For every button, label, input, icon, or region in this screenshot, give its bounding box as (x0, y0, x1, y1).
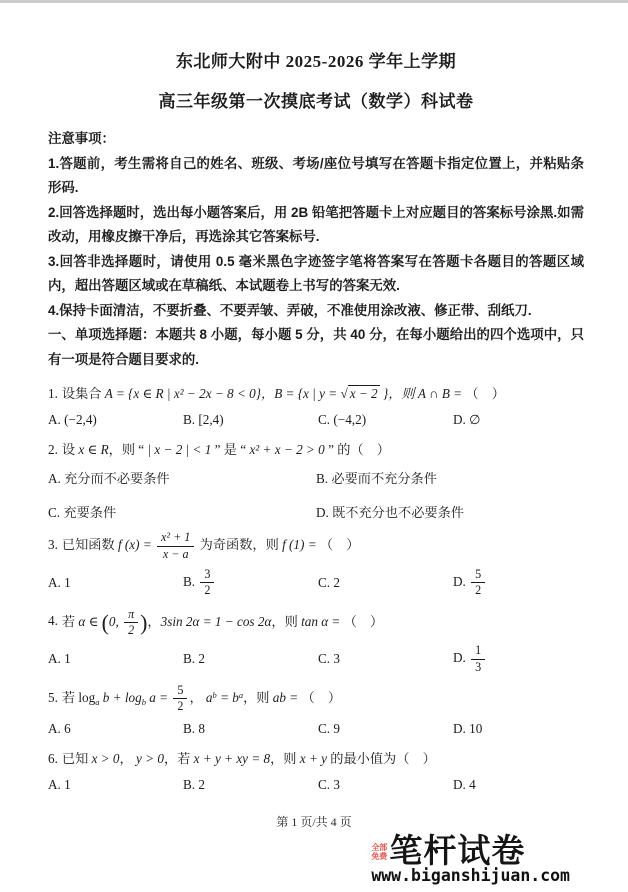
option-5b: B. 8 (183, 721, 318, 737)
question-number: 2. (48, 442, 58, 457)
option-6d: D. 4 (453, 777, 584, 793)
option-2d: D. 既不充分也不必要条件 (316, 502, 584, 521)
answer-blank: （ ） (344, 613, 384, 628)
question-number: 1. (48, 386, 58, 401)
question-5-stem: 5.若 loga b + logb a = 52， ab = ba，则 ab =… (48, 684, 584, 714)
fraction: 13 (471, 644, 485, 674)
note-item-3: 3.回答非选择题时，请使用 0.5 毫米黑色字迹签字笔将答案写在答题卡各题目的答… (48, 250, 584, 299)
watermark-free-tag: 全部免费 (371, 844, 389, 862)
option-1a: A. (−2,4) (48, 412, 183, 428)
watermark-brand: 笔杆试卷 (389, 834, 525, 867)
answer-blank: （ ） (465, 386, 505, 401)
question-number: 3. (48, 537, 58, 552)
option-6a: A. 1 (48, 777, 183, 793)
note-item-1: 1.答题前，考生需将自己的姓名、班级、考场/座位号填写在答题卡指定位置上，并粘贴… (48, 152, 584, 201)
question-6: 6.已知 x > 0， y > 0，若 x + y + xy = 8，则 x +… (48, 747, 584, 793)
question-4-stem: 4.若 α ∈ (0, π2)，3sin 2α = 1 − cos 2α，则 t… (48, 608, 584, 638)
option-4d: D. 13 (453, 644, 584, 674)
question-number: 5. (48, 690, 58, 705)
exam-title-line2: 高三年级第一次摸底考试（数学）科试卷 (48, 87, 584, 112)
question-1: 1.设集合 A = {x ∈ R | x² − 2x − 8 < 0}，B = … (48, 382, 584, 428)
note-item-2: 2.回答选择题时，选出每小题答案后，用 2B 铅笔把答题卡上对应题目的答案标号涂… (48, 201, 584, 250)
option-4c: C. 3 (318, 651, 453, 667)
watermark: 全部免费 笔杆试卷 www.biganshijuan.com (371, 834, 570, 884)
exam-paper-page: 东北师大附中 2025-2026 学年上学期 高三年级第一次摸底考试（数学）科试… (0, 0, 628, 892)
option-5a: A. 6 (48, 721, 183, 737)
watermark-url: www.biganshijuan.com (371, 867, 570, 884)
option-4b: B. 2 (183, 651, 318, 667)
answer-blank: ” 的（ ） (325, 442, 390, 457)
fraction: π2 (124, 608, 138, 638)
question-4-options: A. 1 B. 2 C. 3 D. 13 (48, 644, 584, 674)
option-1b: B. [2,4) (183, 412, 318, 428)
question-3-stem: 3.已知函数 f (x) = x² + 1x − a 为奇函数，则 f (1) … (48, 531, 584, 561)
radicand: x − 2 (348, 385, 380, 401)
section-1-heading: 一、单项选择题：本题共 8 小题，每小题 5 分，共 40 分，在每小题给出的四… (48, 323, 584, 372)
option-2a: A. 充分而不必要条件 (48, 468, 316, 487)
option-2b: B. 必要而不充分条件 (316, 468, 584, 487)
option-3b: B. 32 (183, 568, 318, 598)
sqrt-radical-icon: √ (340, 386, 347, 401)
question-4: 4.若 α ∈ (0, π2)，3sin 2α = 1 − cos 2α，则 t… (48, 608, 584, 674)
question-5-options: A. 6 B. 8 C. 9 D. 10 (48, 721, 584, 737)
page-number-indicator: 第 1 页/共 4 页 (0, 813, 628, 830)
fraction: 52 (173, 684, 187, 714)
question-1-stem: 1.设集合 A = {x ∈ R | x² − 2x − 8 < 0}，B = … (48, 382, 584, 405)
question-1-options: A. (−2,4) B. [2,4) C. (−4,2) D. ∅ (48, 412, 584, 428)
option-1c: C. (−4,2) (318, 412, 453, 428)
open-paren: ( (102, 610, 109, 634)
question-2-stem: 2.设 x ∈ R，则 “ | x − 2 | < 1 ” 是 “ x² + x… (48, 438, 584, 461)
question-number: 6. (48, 751, 58, 766)
option-5c: C. 9 (318, 721, 453, 737)
question-2: 2.设 x ∈ R，则 “ | x − 2 | < 1 ” 是 “ x² + x… (48, 438, 584, 521)
answer-blank: 的最小值为（ ） (327, 751, 436, 766)
question-5: 5.若 loga b + logb a = 52， ab = ba，则 ab =… (48, 684, 584, 737)
fraction: x² + 1x − a (157, 531, 194, 561)
fraction: 32 (200, 568, 214, 598)
option-4a: A. 1 (48, 651, 183, 667)
question-6-options: A. 1 B. 2 C. 3 D. 4 (48, 777, 584, 793)
question-2-options: A. 充分而不必要条件 B. 必要而不充分条件 C. 充要条件 D. 既不充分也… (48, 468, 584, 521)
note-item-4: 4.保持卡面清洁，不要折叠、不要弄皱、弄破，不准使用涂改液、修正带、刮纸刀. (48, 299, 584, 324)
option-3a: A. 1 (48, 575, 183, 591)
exam-title-line1: 东北师大附中 2025-2026 学年上学期 (48, 47, 584, 72)
option-3d: D. 52 (453, 568, 584, 598)
question-3-options: A. 1 B. 32 C. 2 D. 52 (48, 568, 584, 598)
option-6b: B. 2 (183, 777, 318, 793)
answer-blank: （ ） (301, 690, 341, 705)
question-3: 3.已知函数 f (x) = x² + 1x − a 为奇函数，则 f (1) … (48, 531, 584, 597)
question-number: 4. (48, 613, 58, 628)
option-5d: D. 10 (453, 721, 584, 737)
answer-blank: （ ） (320, 537, 360, 552)
option-1d: D. ∅ (453, 412, 584, 428)
notes-heading: 注意事项： (48, 127, 584, 152)
option-6c: C. 3 (318, 777, 453, 793)
option-3c: C. 2 (318, 575, 453, 591)
option-2c: C. 充要条件 (48, 502, 316, 521)
page-content: 东北师大附中 2025-2026 学年上学期 高三年级第一次摸底考试（数学）科试… (0, 3, 628, 793)
notes-block: 注意事项： 1.答题前，考生需将自己的姓名、班级、考场/座位号填写在答题卡指定位… (48, 127, 584, 372)
fraction: 52 (471, 568, 485, 598)
watermark-brand-row: 全部免费 笔杆试卷 (371, 834, 570, 867)
question-6-stem: 6.已知 x > 0， y > 0，若 x + y + xy = 8，则 x +… (48, 747, 584, 770)
